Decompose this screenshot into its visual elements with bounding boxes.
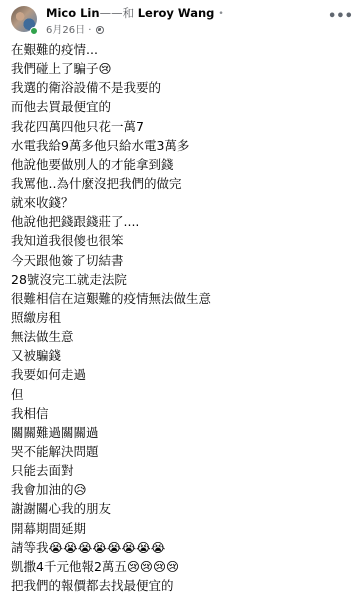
post-line: 我知道我很傻也很笨 xyxy=(11,231,356,250)
post-line: 我會加油的😥 xyxy=(11,480,356,499)
online-status-icon xyxy=(30,27,38,35)
tagged-user[interactable]: Leroy Wang xyxy=(138,6,215,20)
post-line: 但 xyxy=(11,385,356,404)
post-line: 哭不能解決問題 xyxy=(11,442,356,461)
post-line: 而他去買最便宜的 xyxy=(11,97,356,116)
post-line: 在艱難的疫情... xyxy=(11,40,356,59)
privacy-dot: • xyxy=(218,9,223,19)
globe-icon xyxy=(96,26,104,34)
post-line: 今天跟他簽了切結書 xyxy=(11,251,356,270)
post-line: 他說他把錢跟錢莊了.... xyxy=(11,212,356,231)
post-line: 謝謝關心我的朋友 xyxy=(11,499,356,518)
post-line: 就來收錢？ xyxy=(11,193,356,212)
post-line: 照繳房租 xyxy=(11,308,356,327)
post-line: 他說他要做別人的才能拿到錢 xyxy=(11,155,356,174)
post-date[interactable]: 6月26日 · xyxy=(46,25,95,36)
author-name[interactable]: Mico Lin xyxy=(46,6,100,20)
post-line: 很難相信在這艱難的疫情無法做生意 xyxy=(11,289,356,308)
post-line: 開幕期間延期 xyxy=(11,519,356,538)
post-line: 水電我給9萬多他只給水電3萬多 xyxy=(11,136,356,155)
post-line: 只能去面對 xyxy=(11,461,356,480)
post-line: 關關難過關關過 xyxy=(11,423,356,442)
post-line: 把我們的報價都去找最便宜的 xyxy=(11,576,356,595)
post-line: 請等我😭😭😭😭😭😭😭😭 xyxy=(11,538,356,557)
post-line: 我花四萬四他只花一萬7 xyxy=(11,117,356,136)
post-line: 我罵他..為什麼沒把我們的做完 xyxy=(11,174,356,193)
post-line: 我們碰上了騙子😢 xyxy=(11,59,356,78)
post-line: 我相信 xyxy=(11,404,356,423)
author-line: Mico Lin——和 Leroy Wang• xyxy=(46,5,224,21)
post-line: 凱撒4千元他報2萬五😢😢😢😢 xyxy=(11,557,356,576)
more-options-button[interactable]: ••• xyxy=(328,12,348,26)
post-body: 在艱難的疫情... 我們碰上了騙子😢 我選的衛浴設備不是我要的 而他去買最便宜的… xyxy=(11,40,356,595)
post-line: 我要如何走過 xyxy=(11,365,356,384)
post-meta: 6月26日 · xyxy=(46,21,104,36)
post-line: 28號沒完工就走法院 xyxy=(11,270,356,289)
post-line: 無法做生意 xyxy=(11,327,356,346)
post-line: 我選的衛浴設備不是我要的 xyxy=(11,78,356,97)
with-separator: ——和 xyxy=(100,6,138,20)
post-header: Mico Lin——和 Leroy Wang• 6月26日 · ••• xyxy=(0,0,361,38)
facebook-post: Mico Lin——和 Leroy Wang• 6月26日 · ••• 在艱難的… xyxy=(0,0,361,600)
post-line: 又被騙錢 xyxy=(11,346,356,365)
